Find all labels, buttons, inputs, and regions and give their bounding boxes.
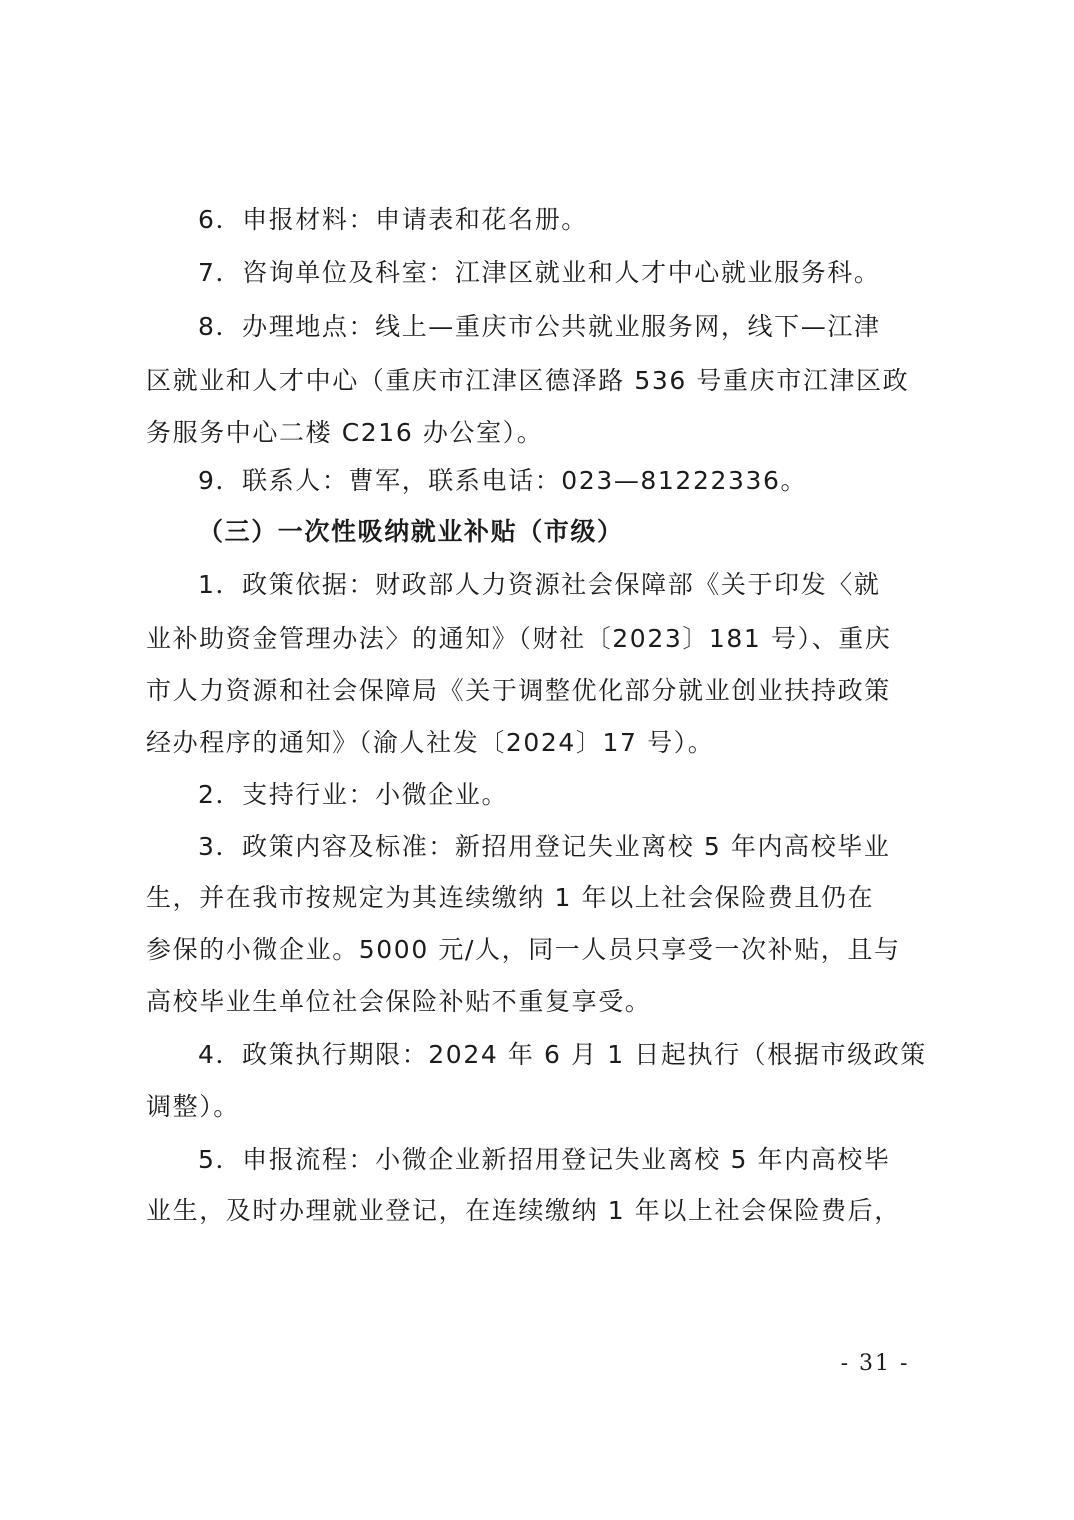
item-6-materials: 6．申报材料：申请表和花名册。 [198,205,998,235]
item-4-execution-period-cont: 调整）。 [146,1092,946,1122]
document-page: 6．申报材料：申请表和花名册。 7．咨询单位及科室：江津区就业和人才中心就业服务… [0,0,1074,1520]
item-8-location-cont-1: 区就业和人才中心（重庆市江津区德泽路 536 号重庆市江津区政 [146,366,946,396]
page-number: - 31 - [830,1351,920,1377]
section-heading-3: （三）一次性吸纳就业补贴（市级） [198,517,998,547]
item-3-policy-content: 3．政策内容及标准：新招用登记失业离校 5 年内高校毕业 [198,832,998,862]
item-1-policy-basis-cont-1: 业补助资金管理办法〉的通知》（财社〔2023〕181 号）、重庆 [146,624,946,654]
item-1-policy-basis-cont-2: 市人力资源和社会保障局《关于调整优化部分就业创业扶持政策 [146,676,946,706]
item-5-application-process: 5．申报流程：小微企业新招用登记失业离校 5 年内高校毕 [198,1145,998,1175]
item-2-supported-industry: 2．支持行业：小微企业。 [198,780,998,810]
item-3-policy-content-cont-1: 生，并在我市按规定为其连续缴纳 1 年以上社会保险费且仍在 [146,883,946,913]
item-1-policy-basis-cont-3: 经办程序的通知》（渝人社发〔2024〕17 号）。 [146,728,946,758]
item-9-contact: 9．联系人：曹军，联系电话：023—81222336。 [198,466,998,496]
item-3-policy-content-cont-3: 高校毕业生单位社会保险补贴不重复享受。 [146,987,946,1017]
item-1-policy-basis: 1．政策依据：财政部人力资源社会保障部《关于印发〈就 [198,570,998,600]
item-5-application-process-cont: 业生，及时办理就业登记，在连续缴纳 1 年以上社会保险费后， [146,1196,946,1226]
item-7-consulting-unit: 7．咨询单位及科室：江津区就业和人才中心就业服务科。 [198,258,998,288]
item-8-location-cont-2: 务服务中心二楼 C216 办公室）。 [146,418,946,448]
item-3-policy-content-cont-2: 参保的小微企业。5000 元/人，同一人员只享受一次补贴，且与 [146,935,946,965]
item-8-location: 8．办理地点：线上—重庆市公共就业服务网，线下—江津 [198,312,998,342]
item-4-execution-period: 4．政策执行期限：2024 年 6 月 1 日起执行（根据市级政策 [198,1040,998,1070]
